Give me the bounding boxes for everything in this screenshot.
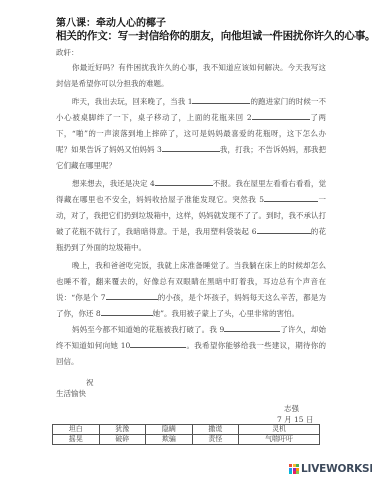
paragraph-text: 妈妈至今都不知道她的花瓶被我打破了。我 9 <box>72 325 224 334</box>
closing-line-2: 生活愉快 <box>56 388 86 399</box>
blank-3-input[interactable] <box>162 142 220 152</box>
blank-4-input[interactable] <box>155 176 213 186</box>
word-bank-cell: 犹豫 <box>99 425 146 435</box>
blank-1-input[interactable] <box>192 94 250 104</box>
paragraph-5: 妈妈至今都不知道她的花瓶被我打破了。我 9了许久，却始终不知道如何向她 10。我… <box>56 322 326 370</box>
letter-greeting: 政轩： <box>56 47 79 58</box>
paragraph-text: 想来想去，我还是决定 4 <box>72 179 155 188</box>
worksheet-page: 第八课：牵动人心的椰子 相关的作文：写一封信给你的朋友，向他坦诚一件困扰你许久的… <box>0 0 372 480</box>
word-bank-cell: 灵机 <box>239 425 320 435</box>
paragraph-text: 昨天，我出去玩，回来晚了，当我 1 <box>72 97 192 106</box>
signature-name: 志强 <box>284 403 299 414</box>
word-bank-cell: 破碎 <box>99 435 146 445</box>
paragraph-4: 晚上，我和爸爸吃完饭，我就上床准备睡觉了。当我躺在床上的时候却怎么也睡不着，翻来… <box>56 258 326 322</box>
word-bank-cell: 隐瞒 <box>146 425 193 435</box>
table-row: 摇晃 破碎 欺骗 责怪 气喘吁吁 <box>53 435 320 445</box>
word-bank-cell: 气喘吁吁 <box>239 435 320 445</box>
table-row: 坦白 犹豫 隐瞒 撒谎 灵机 <box>53 425 320 435</box>
word-bank-cell: 责怪 <box>192 435 239 445</box>
blank-7-input[interactable] <box>106 290 158 300</box>
paragraph-3: 想来想去，我还是决定 4不报。我在屋里左看看右看看，觉得藏在哪里也不安全，妈妈收… <box>56 176 326 256</box>
essay-topic: 相关的作文：写一封信给你的朋友，向他坦诚一件困扰你许久的心事。 <box>56 28 372 43</box>
blank-2-input[interactable] <box>252 110 310 120</box>
blank-5-input[interactable] <box>264 192 318 202</box>
blank-9-input[interactable] <box>224 322 280 332</box>
blank-8-input[interactable] <box>101 306 153 316</box>
word-bank-table: 坦白 犹豫 隐瞒 撒谎 灵机 摇晃 破碎 欺骗 责怪 气喘吁吁 <box>52 424 320 445</box>
word-bank-cell: 摇晃 <box>53 435 100 445</box>
paragraph-text: 你最近好吗？有件困扰我许久的心事，我不知道应该如何解决。今天我写这封信是希望你可… <box>56 60 326 92</box>
paragraph-text: 她”。我用被子蒙上了头，心里非常的害怕。 <box>153 309 299 318</box>
word-bank-cell: 撒谎 <box>192 425 239 435</box>
logo-text: LIVEWORKSHEETS <box>301 463 372 475</box>
paragraph-2: 昨天，我出去玩，回来晚了，当我 1的跑进家门的时候一不小心被桌脚绊了一下，桌子移… <box>56 94 326 174</box>
lesson-title: 第八课：牵动人心的椰子 <box>56 14 166 29</box>
blank-6-input[interactable] <box>257 224 311 234</box>
word-bank-cell: 坦白 <box>53 425 100 435</box>
liveworksheets-logo: LIVEWORKSHEETS <box>289 463 372 475</box>
logo-grid-icon <box>289 464 299 474</box>
word-bank-cell: 欺骗 <box>146 435 193 445</box>
closing-line-1: 祝 <box>86 377 94 388</box>
blank-10-input[interactable] <box>130 338 186 348</box>
paragraph-1: 你最近好吗？有件困扰我许久的心事，我不知道应该如何解决。今天我写这封信是希望你可… <box>56 60 326 92</box>
